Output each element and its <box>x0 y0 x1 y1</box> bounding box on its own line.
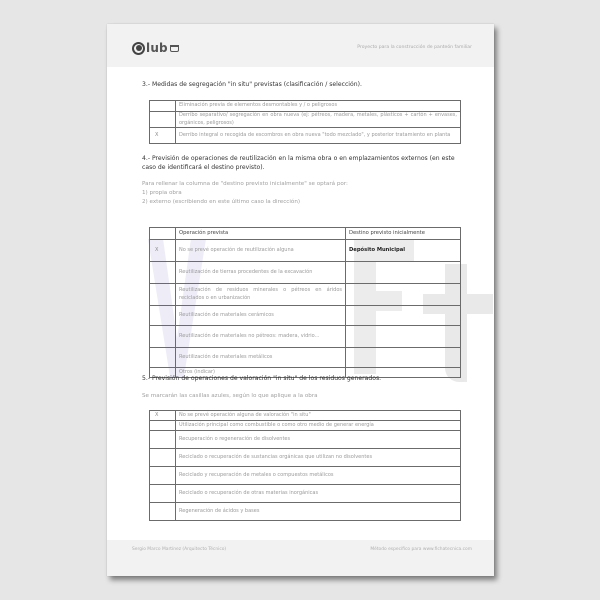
operation-text: No se prevé operación de reutilización a… <box>176 240 346 262</box>
checkbox-mark <box>150 431 176 449</box>
checkbox-mark <box>150 284 176 306</box>
checkbox-mark <box>150 262 176 284</box>
table-row: Regeneración de ácidos y bases <box>150 503 461 521</box>
destination-value <box>346 348 461 368</box>
destination-value <box>346 326 461 348</box>
document-page: lub Proyecto para la construcción de pan… <box>107 24 494 576</box>
checkbox-mark <box>150 306 176 326</box>
page-content: 3.- Medidas de segregación "in situ" pre… <box>107 24 494 576</box>
checkbox-mark <box>150 112 176 128</box>
measure-text: Derribo integral o recogida de escombros… <box>176 128 461 144</box>
table-row: Reciclado o recuperación de sustancias o… <box>150 449 461 467</box>
destination-value <box>346 262 461 284</box>
section-4-heading: 4.- Previsión de operaciones de reutiliz… <box>142 154 460 172</box>
destination-value <box>346 306 461 326</box>
footer-method: Método específico para www.fichatecnica.… <box>370 547 472 552</box>
valuation-text: Utilización principal como combustible o… <box>176 421 461 431</box>
valuation-text: Reciclado o recuperación de otras materi… <box>176 485 461 503</box>
column-header: Operación prevista <box>176 228 346 240</box>
operation-text: Reutilización de materiales metálicos <box>176 348 346 368</box>
table-row: Reutilización de materiales cerámicos <box>150 306 461 326</box>
table-row: Reutilización de materiales no pétreos: … <box>150 326 461 348</box>
operation-text: Reutilización de residuos minerales o pé… <box>176 284 346 306</box>
section-4-note-1: Para rellenar la columna de "destino pre… <box>142 180 348 189</box>
section-4-note-3: 2) externo (escribiendo en este último c… <box>142 198 300 207</box>
column-header: Destino previsto inicialmente <box>346 228 461 240</box>
valuation-text: Reciclado o recuperación de sustancias o… <box>176 449 461 467</box>
table-row: XNo se prevé operación de reutilización … <box>150 240 461 262</box>
table-row: Reciclado o recuperación de otras materi… <box>150 485 461 503</box>
column-header <box>150 228 176 240</box>
checkbox-mark: X <box>150 128 176 144</box>
table-row: Reutilización de residuos minerales o pé… <box>150 284 461 306</box>
segregation-table: Eliminación previa de elementos desmonta… <box>149 100 461 144</box>
valuation-text: Regeneración de ácidos y bases <box>176 503 461 521</box>
checkbox-mark: X <box>150 240 176 262</box>
footer-author: Sergio Marco Martínez (Arquitecto Técnic… <box>132 547 226 552</box>
valuation-text: Reciclado y recuperación de metales o co… <box>176 467 461 485</box>
reuse-table: Operación previstaDestino previsto inici… <box>149 227 461 378</box>
table-header-row: Operación previstaDestino previsto inici… <box>150 228 461 240</box>
table-row: Recuperación o regeneración de disolvent… <box>150 431 461 449</box>
table-row: Reciclado y recuperación de metales o co… <box>150 467 461 485</box>
checkbox-mark <box>150 467 176 485</box>
table-row: XNo se prevé operación alguna de valorac… <box>150 411 461 421</box>
checkbox-mark <box>150 101 176 112</box>
operation-text: Reutilización de materiales cerámicos <box>176 306 346 326</box>
checkbox-mark: X <box>150 411 176 421</box>
checkbox-mark <box>150 503 176 521</box>
table-row: Reutilización de materiales metálicos <box>150 348 461 368</box>
table-row: Derribo separativo/ segregación en obra … <box>150 112 461 128</box>
checkbox-mark <box>150 348 176 368</box>
measure-text: Eliminación previa de elementos desmonta… <box>176 101 461 112</box>
section-3-heading: 3.- Medidas de segregación "in situ" pre… <box>142 80 460 89</box>
valuation-text: Recuperación o regeneración de disolvent… <box>176 431 461 449</box>
table-row: Eliminación previa de elementos desmonta… <box>150 101 461 112</box>
checkbox-mark <box>150 421 176 431</box>
section-5-note: Se marcarán las casillas azules, según l… <box>142 392 318 401</box>
destination-value <box>346 284 461 306</box>
table-row: Utilización principal como combustible o… <box>150 421 461 431</box>
destination-value: Depósito Municipal <box>346 240 461 262</box>
table-row: Reutilización de tierras procedentes de … <box>150 262 461 284</box>
table-row: XDerribo integral o recogida de escombro… <box>150 128 461 144</box>
checkbox-mark <box>150 449 176 467</box>
operation-text: Reutilización de materiales no pétreos: … <box>176 326 346 348</box>
checkbox-mark <box>150 485 176 503</box>
valuation-text: No se prevé operación alguna de valoraci… <box>176 411 461 421</box>
section-4-note-2: 1) propia obra <box>142 189 182 198</box>
operation-text: Reutilización de tierras procedentes de … <box>176 262 346 284</box>
checkbox-mark <box>150 326 176 348</box>
section-5-heading: 5.- Previsión de operaciones de valoraci… <box>142 374 460 383</box>
page-footer: Sergio Marco Martínez (Arquitecto Técnic… <box>107 540 494 576</box>
measure-text: Derribo separativo/ segregación en obra … <box>176 112 461 128</box>
valuation-table: XNo se prevé operación alguna de valorac… <box>149 410 461 521</box>
